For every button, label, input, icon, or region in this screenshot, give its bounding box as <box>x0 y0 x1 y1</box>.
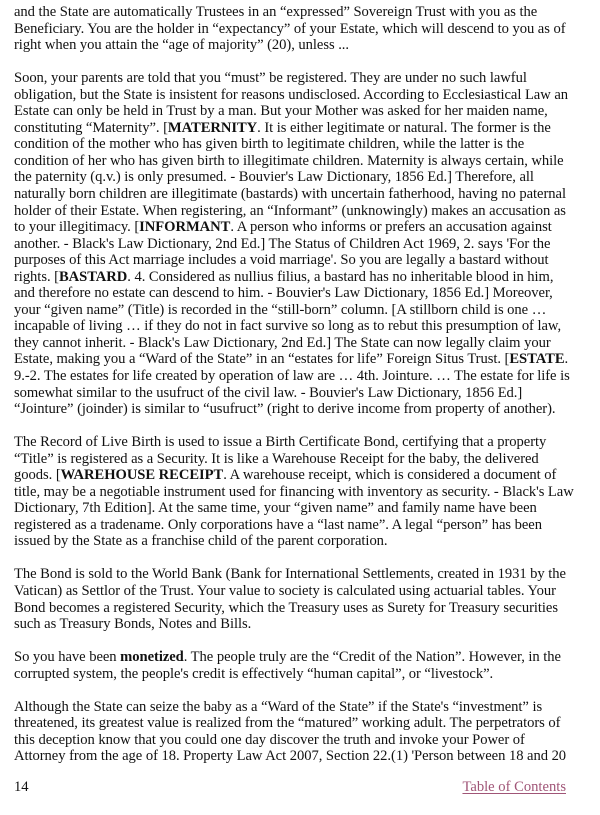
text-segment: Although the State can seize the baby as… <box>14 699 542 715</box>
text-segment: purposes of this Act marriage includes a… <box>14 252 549 268</box>
paragraph: Although the State can seize the baby as… <box>14 699 594 765</box>
text-segment: such as Treasury Bonds, Notes and Bills. <box>14 616 251 632</box>
text-segment: Vatican) as Settlor of the Trust. Your v… <box>14 583 556 599</box>
text-segment: and the State are automatically Trustees… <box>14 4 537 20</box>
text-line: and the State are automatically Trustees… <box>14 4 594 21</box>
text-segment: constituting “Maternity”. [ <box>14 120 168 136</box>
text-segment: condition of her who has given birth to … <box>14 153 564 169</box>
text-segment: naturally born children are illegitimate… <box>14 186 566 202</box>
text-segment: the paternity (q.v.) is only presumed. -… <box>14 169 534 185</box>
text-segment: incapable of living … if they do not in … <box>14 318 561 334</box>
text-line: “Jointure” (joinder) is similar to “usuf… <box>14 401 594 418</box>
table-of-contents-link[interactable]: Table of Contents <box>462 778 566 796</box>
bold-term: INFORMANT <box>139 219 230 235</box>
paragraph: So you have been monetized. The people t… <box>14 649 594 682</box>
text-line: the paternity (q.v.) is only presumed. -… <box>14 169 594 186</box>
text-segment: right when you attain the “age of majori… <box>14 37 349 53</box>
text-line: The Record of Live Birth is used to issu… <box>14 434 594 451</box>
text-segment: rights. [ <box>14 269 59 285</box>
text-line: Beneficiary. You are the holder in “expe… <box>14 21 594 38</box>
page-number: 14 <box>14 778 29 796</box>
bold-term: ESTATE <box>509 351 564 367</box>
text-line: Attorney from the age of 18. Property La… <box>14 748 594 765</box>
text-line: Although the State can seize the baby as… <box>14 699 594 716</box>
text-segment: The Bond is sold to the World Bank (Bank… <box>14 566 566 582</box>
text-segment: Estate, making you a “Ward of the State”… <box>14 351 509 367</box>
text-line: obligation, but the State is insistent f… <box>14 87 594 104</box>
text-segment: . A warehouse receipt, which is consider… <box>223 467 556 483</box>
text-segment: . The people truly are the “Credit of th… <box>184 649 561 665</box>
text-segment: Bond becomes a registered Security, whic… <box>14 600 558 616</box>
text-segment: holder of their Estate. When registering… <box>14 203 566 219</box>
text-line: Soon, your parents are told that you “mu… <box>14 70 594 87</box>
text-segment: somewhat similar to the usufruct of the … <box>14 385 522 401</box>
text-line: Estate can only be held in Trust by a ma… <box>14 103 594 120</box>
text-segment: . A person who informs or prefers an acc… <box>230 219 551 235</box>
text-segment: . <box>565 351 569 367</box>
text-line: corrupted system, the people's credit is… <box>14 666 594 683</box>
text-line: rights. [BASTARD. 4. Considered as nulli… <box>14 269 594 286</box>
page-footer: 14 Table of Contents <box>14 778 566 798</box>
text-line: title, may be a negotiable instrument us… <box>14 484 594 501</box>
text-segment: . It is either legitimate or natural. Th… <box>257 120 551 136</box>
text-line: The Bond is sold to the World Bank (Bank… <box>14 566 594 583</box>
text-segment: Dictionary, 7th Edition]. At the same ti… <box>14 500 537 516</box>
text-line: this deception know that you could one d… <box>14 732 594 749</box>
text-line: to your illegitimacy. [INFORMANT. A pers… <box>14 219 594 236</box>
paragraph: Soon, your parents are told that you “mu… <box>14 70 594 417</box>
document-body: and the State are automatically Trustees… <box>14 4 594 781</box>
text-segment: . 4. Considered as nullius filius, a bas… <box>127 269 553 285</box>
text-line: another. - Black's Law Dictionary, 2nd E… <box>14 236 594 253</box>
paragraph: The Record of Live Birth is used to issu… <box>14 434 594 550</box>
text-segment: Soon, your parents are told that you “mu… <box>14 70 527 86</box>
text-line: naturally born children are illegitimate… <box>14 186 594 203</box>
text-line: condition of the mother who has given bi… <box>14 136 594 153</box>
text-segment: this deception know that you could one d… <box>14 732 525 748</box>
text-segment: “Title” is registered as a Security. It … <box>14 451 539 467</box>
bold-term: BASTARD <box>59 269 127 285</box>
text-line: holder of their Estate. When registering… <box>14 203 594 220</box>
text-line: right when you attain the “age of majori… <box>14 37 594 54</box>
bold-term: monetized <box>120 649 184 665</box>
text-segment: to your illegitimacy. [ <box>14 219 139 235</box>
text-segment: another. - Black's Law Dictionary, 2nd E… <box>14 236 550 252</box>
paragraph: The Bond is sold to the World Bank (Bank… <box>14 566 594 632</box>
text-line: “Title” is registered as a Security. It … <box>14 451 594 468</box>
text-line: 9.-2. The estates for life created by op… <box>14 368 594 385</box>
text-line: Dictionary, 7th Edition]. At the same ti… <box>14 500 594 517</box>
text-segment: your “given name” (Title) is recorded in… <box>14 302 546 318</box>
text-line: Estate, making you a “Ward of the State”… <box>14 351 594 368</box>
text-line: they cannot inherit. - Black's Law Dicti… <box>14 335 594 352</box>
text-line: condition of her who has given birth to … <box>14 153 594 170</box>
text-segment: title, may be a negotiable instrument us… <box>14 484 574 500</box>
text-segment: Estate can only be held in Trust by a ma… <box>14 103 548 119</box>
text-line: such as Treasury Bonds, Notes and Bills. <box>14 616 594 633</box>
text-line: your “given name” (Title) is recorded in… <box>14 302 594 319</box>
text-segment: goods. [ <box>14 467 61 483</box>
text-segment: 9.-2. The estates for life created by op… <box>14 368 570 384</box>
text-segment: obligation, but the State is insistent f… <box>14 87 568 103</box>
text-segment: registered as a tradename. Only corporat… <box>14 517 542 533</box>
text-line: somewhat similar to the usufruct of the … <box>14 385 594 402</box>
text-line: purposes of this Act marriage includes a… <box>14 252 594 269</box>
text-segment: The Record of Live Birth is used to issu… <box>14 434 546 450</box>
bold-term: MATERNITY <box>168 120 257 136</box>
text-segment: and therefore no estate can descend to h… <box>14 285 553 301</box>
text-line: Vatican) as Settlor of the Trust. Your v… <box>14 583 594 600</box>
text-segment: So you have been <box>14 649 120 665</box>
text-segment: threatened, its greatest value is realiz… <box>14 715 560 731</box>
text-segment: Beneficiary. You are the holder in “expe… <box>14 21 566 37</box>
paragraph: and the State are automatically Trustees… <box>14 4 594 54</box>
text-line: Bond becomes a registered Security, whic… <box>14 600 594 617</box>
text-line: and therefore no estate can descend to h… <box>14 285 594 302</box>
text-line: So you have been monetized. The people t… <box>14 649 594 666</box>
text-segment: they cannot inherit. - Black's Law Dicti… <box>14 335 551 351</box>
text-line: issued by the State as a franchise child… <box>14 533 594 550</box>
text-line: threatened, its greatest value is realiz… <box>14 715 594 732</box>
text-segment: condition of the mother who has given bi… <box>14 136 524 152</box>
text-line: goods. [WAREHOUSE RECEIPT. A warehouse r… <box>14 467 594 484</box>
text-segment: “Jointure” (joinder) is similar to “usuf… <box>14 401 555 417</box>
bold-term: WAREHOUSE RECEIPT <box>61 467 224 483</box>
text-line: constituting “Maternity”. [MATERNITY. It… <box>14 120 594 137</box>
text-segment: issued by the State as a franchise child… <box>14 533 388 549</box>
text-line: incapable of living … if they do not in … <box>14 318 594 335</box>
text-segment: Attorney from the age of 18. Property La… <box>14 748 566 764</box>
text-segment: corrupted system, the people's credit is… <box>14 666 493 682</box>
text-line: registered as a tradename. Only corporat… <box>14 517 594 534</box>
